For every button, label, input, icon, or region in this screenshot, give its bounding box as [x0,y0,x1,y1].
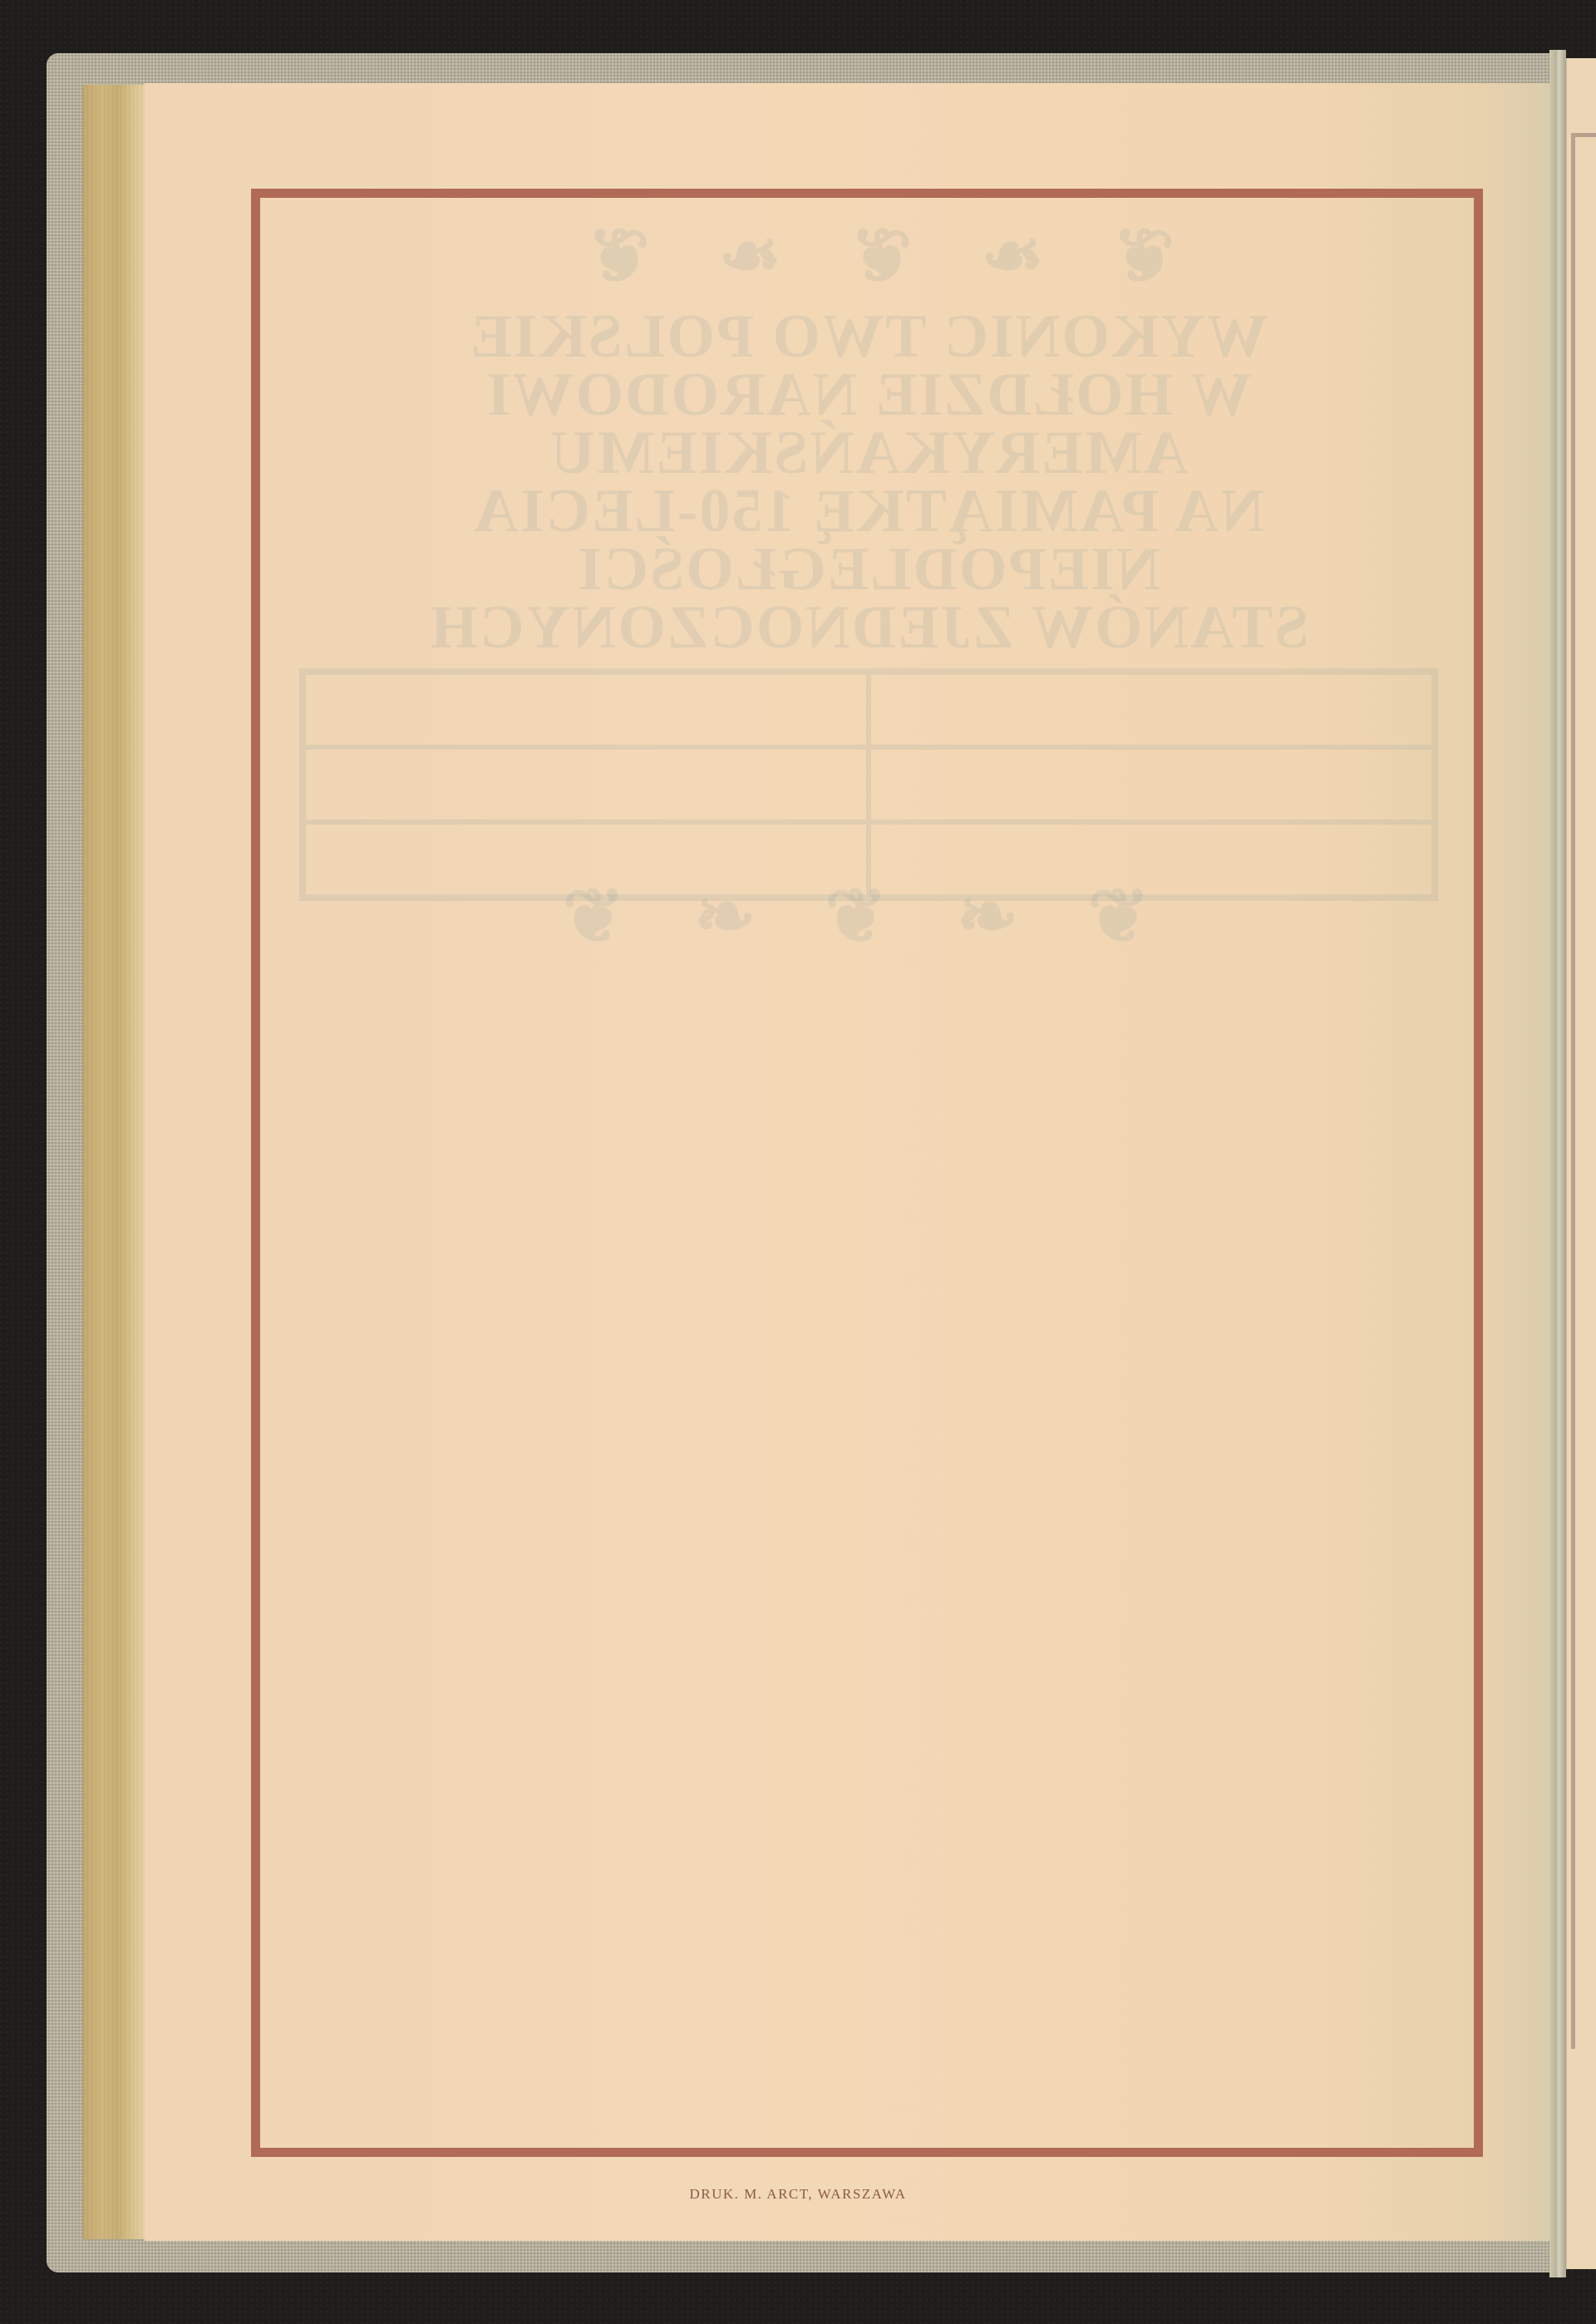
printer-imprint: DRUK. M. ARCT, WARSZAWA [0,2186,1596,2203]
book-gutter [1549,50,1566,2277]
page-block-edge [83,85,146,2239]
page-border-frame [251,189,1483,2157]
facing-page-frame [1571,133,1596,2049]
